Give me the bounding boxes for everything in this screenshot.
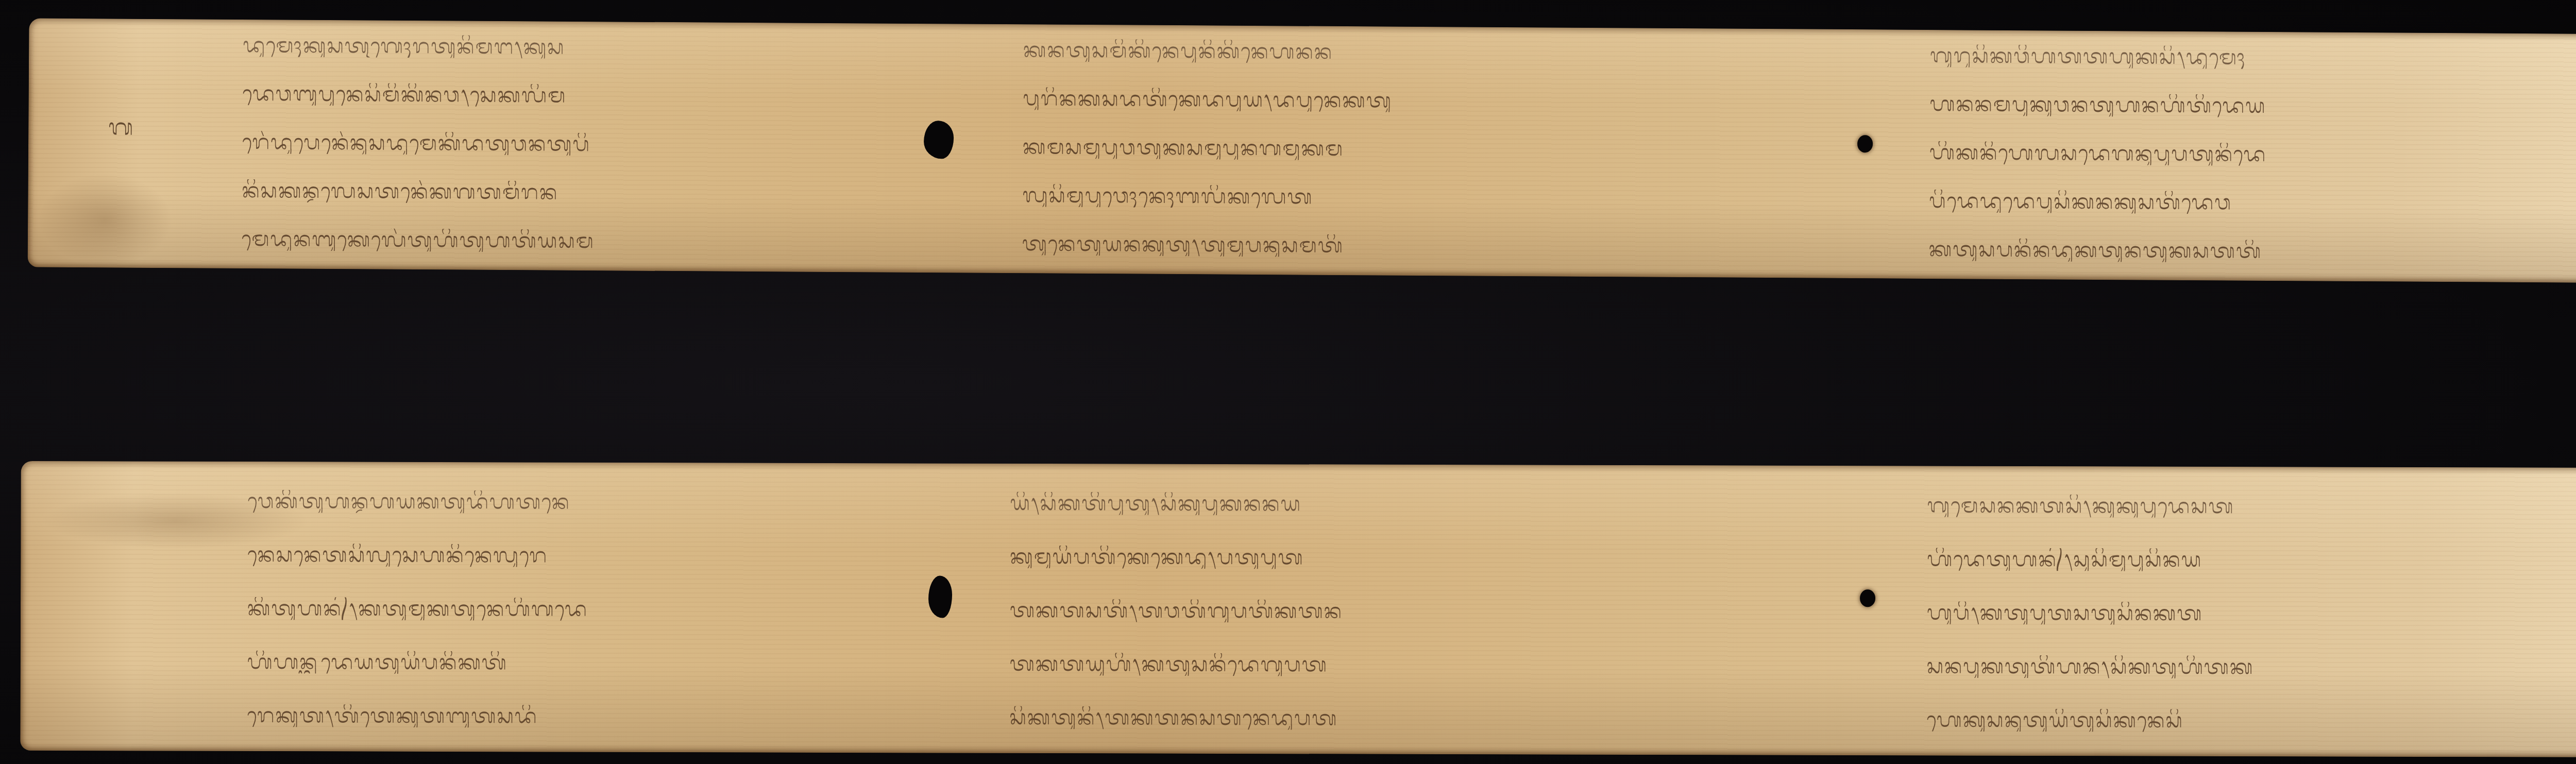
script-line <box>1927 602 2504 626</box>
palm-leaf-bottom <box>20 461 2576 758</box>
script-line <box>242 228 880 254</box>
script-line <box>247 490 881 514</box>
script-line <box>1010 492 1783 517</box>
script-line <box>1929 93 2496 119</box>
script-line <box>1929 190 2496 216</box>
text-block-left <box>247 490 881 728</box>
script-line <box>242 131 881 158</box>
text-block-middle <box>1009 492 1783 731</box>
script-line <box>247 597 881 621</box>
script-line <box>1927 655 2504 680</box>
script-line <box>243 34 882 61</box>
script-line <box>247 651 881 675</box>
script-line <box>247 704 880 728</box>
script-line <box>1023 39 1796 66</box>
script-line <box>1926 709 2503 733</box>
text-block-left <box>242 34 882 254</box>
script-line <box>1010 599 1783 624</box>
script-line <box>1022 232 1795 260</box>
string-hole-irregular <box>924 121 954 159</box>
text-block-middle <box>1022 39 1797 260</box>
script-line <box>242 179 880 206</box>
script-line <box>1010 546 1783 570</box>
palm-leaf-top: ᬕ <box>28 18 2576 284</box>
string-hole-round <box>1857 135 1873 152</box>
script-line <box>247 544 881 568</box>
text-block-right <box>1929 44 2497 264</box>
page-numeral: ᬕ <box>108 110 133 151</box>
script-line <box>1930 44 2497 71</box>
script-line <box>1023 135 1795 163</box>
string-hole-irregular <box>928 575 952 618</box>
water-stain <box>38 173 173 267</box>
text-block-right <box>1926 495 2504 733</box>
script-line <box>243 82 882 109</box>
string-hole-round <box>1860 589 1875 607</box>
script-line <box>1022 184 1795 211</box>
script-line <box>1023 87 1795 114</box>
script-line <box>1929 238 2496 264</box>
script-line <box>1929 141 2496 167</box>
script-line <box>1927 548 2504 572</box>
script-line <box>1927 495 2504 519</box>
script-line <box>1010 653 1783 677</box>
script-line <box>1009 706 1782 731</box>
